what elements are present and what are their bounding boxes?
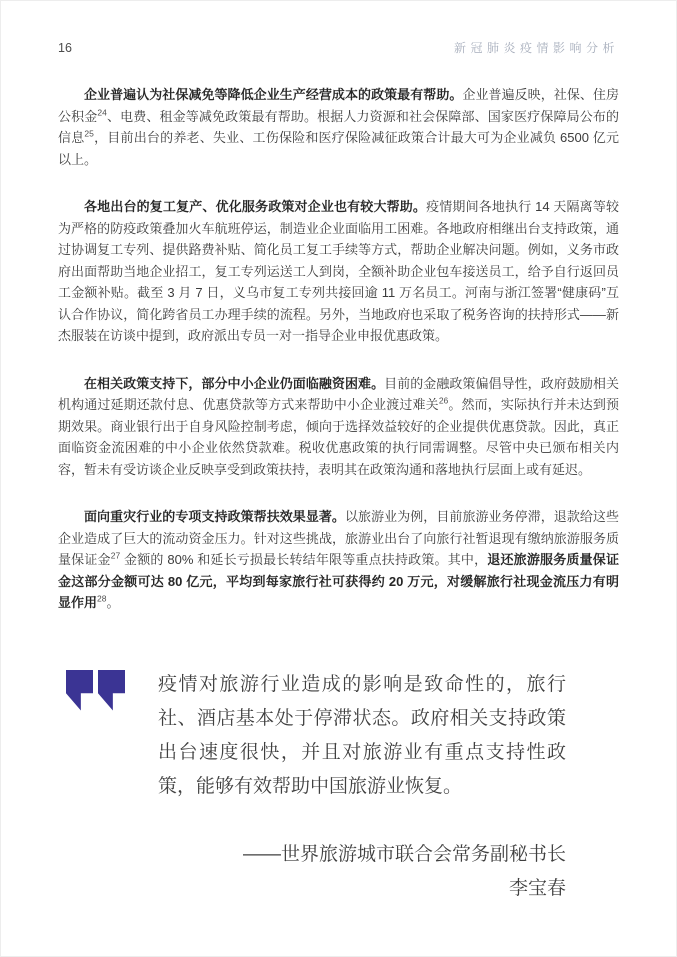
quote-attribution: ——世界旅游城市联合会常务副秘书长 李宝春	[158, 838, 566, 906]
quote-block: 疫情对旅游行业造成的影响是致命性的，旅行社、酒店基本处于停滞状态。政府相关支持政…	[66, 668, 619, 906]
footnote-ref: 25	[84, 129, 93, 139]
paragraph-special-support-tourism: 面向重灾行业的专项支持政策帮扶效果显著。以旅游业为例，目前旅游业务停滞，退款给这…	[58, 506, 619, 614]
quote-text: 疫情对旅游行业造成的影响是致命性的，旅行社、酒店基本处于停滞状态。政府相关支持政…	[158, 668, 566, 804]
page-content: 企业普遍认为社保减免等降低企业生产经营成本的政策最有帮助。企业普遍反映，社保、住…	[1, 56, 676, 906]
footnote-ref: 24	[97, 107, 106, 117]
bold-text: 各地出台的复工复产、优化服务政策对企业也有较大帮助。	[84, 199, 426, 214]
body-text: ，目前出台的养老、失业、工伤保险和医疗保险减征政策合计最大可为企业减负 6500…	[58, 130, 619, 167]
paragraph-financing-difficulty: 在相关政策支持下，部分中小企业仍面临融资困难。目前的金融政策偏倡导性，政府鼓励相…	[58, 373, 619, 481]
page-number: 16	[58, 41, 72, 55]
bold-text: 面向重灾行业的专项支持政策帮扶效果显著。	[84, 509, 345, 524]
footnote-ref: 26	[439, 396, 448, 406]
paragraph-policy-cost-reduction: 企业普遍认为社保减免等降低企业生产经营成本的政策最有帮助。企业普遍反映，社保、住…	[58, 84, 619, 170]
quote-attribution-name: 李宝春	[158, 872, 566, 906]
paragraph-resume-work-policy: 各地出台的复工复产、优化服务政策对企业也有较大帮助。疫情期间各地执行 14 天隔…	[58, 196, 619, 347]
bold-text: 在相关政策支持下，部分中小企业仍面临融资困难。	[84, 376, 384, 391]
document-page: 16 新冠肺炎疫情影响分析 企业普遍认为社保减免等降低企业生产经营成本的政策最有…	[0, 0, 677, 957]
body-text: 。	[106, 595, 119, 610]
footnote-ref: 27	[111, 551, 120, 561]
quote-mark-left	[66, 670, 93, 711]
header-title: 新冠肺炎疫情影响分析	[454, 39, 619, 56]
quote-attribution-title: ——世界旅游城市联合会常务副秘书长	[158, 838, 566, 872]
body-text: 疫情期间各地执行 14 天隔离等较为严格的防疫政策叠加火车航班停运，制造业企业面…	[58, 199, 619, 343]
double-quote-icon	[66, 668, 158, 804]
quote-mark-right	[98, 670, 125, 711]
page-header: 16 新冠肺炎疫情影响分析	[1, 1, 676, 56]
bold-text: 企业普遍认为社保减免等降低企业生产经营成本的政策最有帮助。	[84, 87, 462, 102]
body-text: 金额的 80% 和延长亏损最长转结年限等重点扶持政策。其中，	[120, 552, 487, 567]
